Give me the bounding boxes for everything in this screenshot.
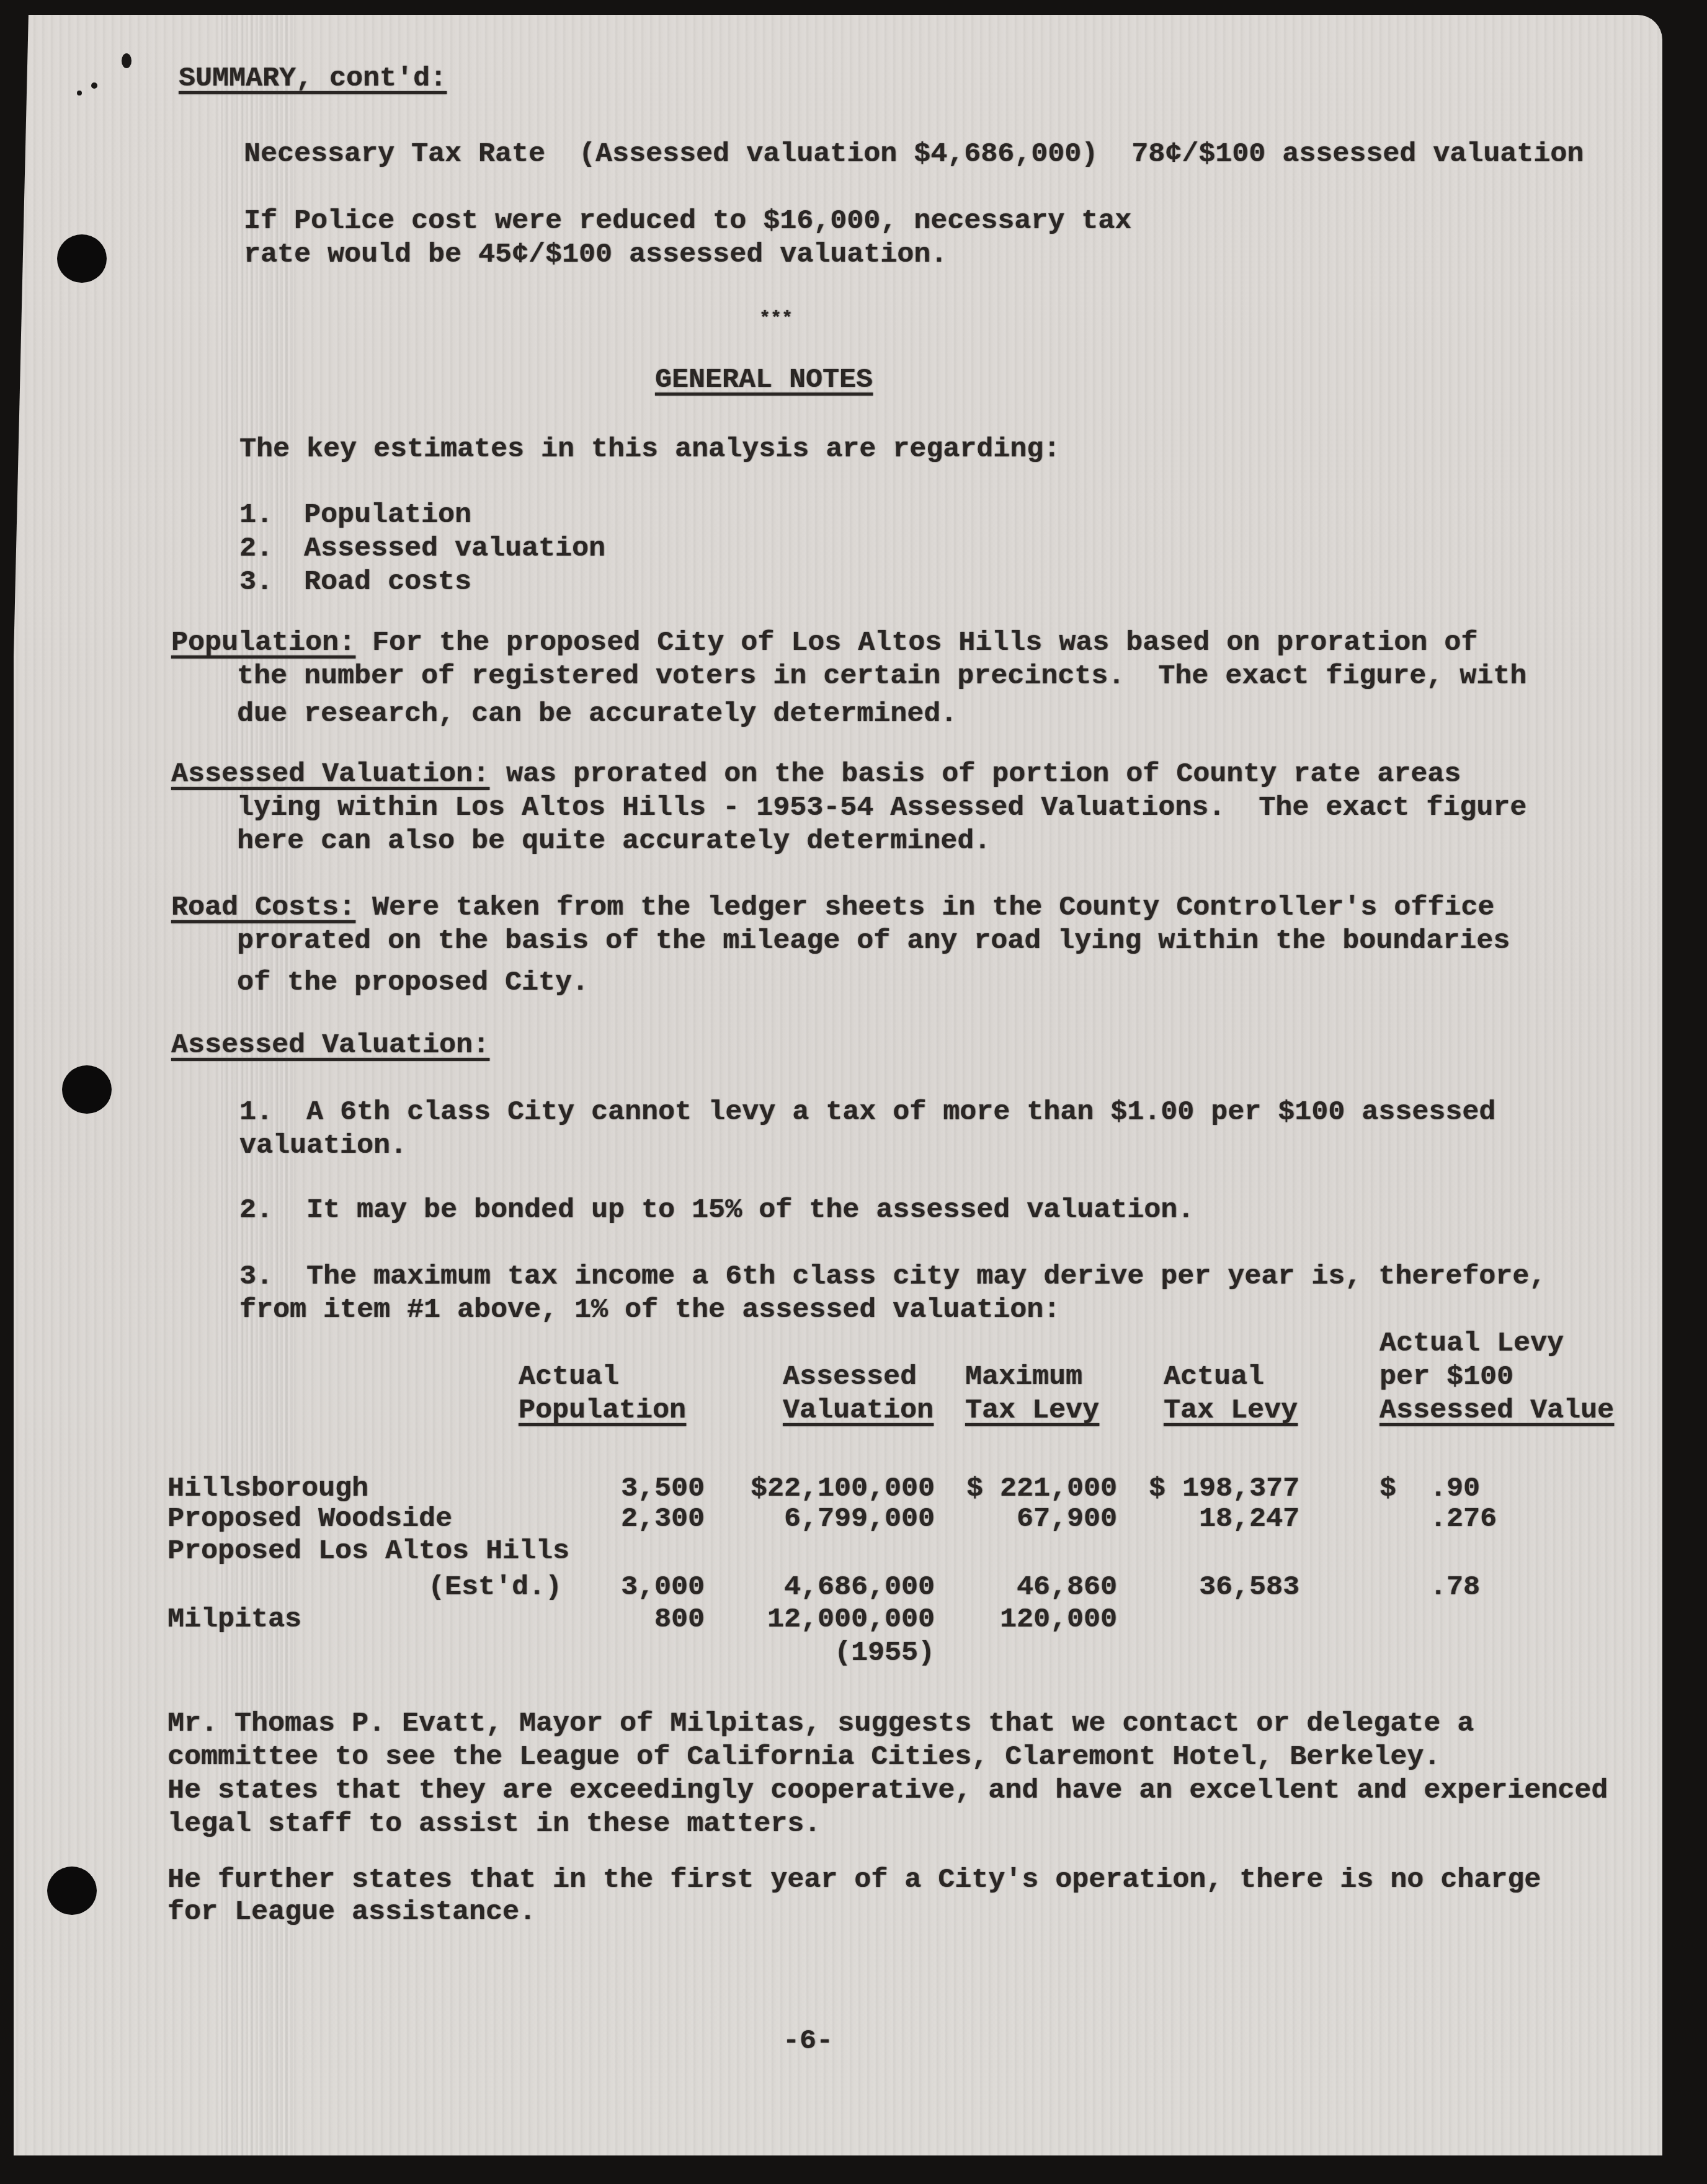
closing-para-2-line-2: for League assistance.: [167, 1896, 536, 1929]
closing-para-1-line-4: legal staff to assist in these matters.: [167, 1808, 821, 1841]
list-item-assessed-valuation: Assessed valuation: [304, 532, 605, 566]
rule-3-line-2: from item #1 above, 1% of the assessed v…: [239, 1294, 1060, 1327]
cell-max-levy: $ 221,000: [930, 1472, 1117, 1506]
cell-valuation: 6,799,000: [707, 1503, 935, 1536]
rule-3-line-1: 3. The maximum tax income a 6th class ci…: [239, 1260, 1546, 1294]
header-actual-levy-2: Tax Levy: [1164, 1394, 1298, 1427]
road-costs-label: Road Costs:: [171, 892, 355, 923]
cell-valuation: 4,686,000: [707, 1571, 935, 1604]
cell-population: 800: [519, 1603, 705, 1636]
key-estimates-intro: The key estimates in this analysis are r…: [239, 433, 1060, 466]
list-item-population: Population: [304, 499, 471, 532]
assessed-valuation-note-line-1: Assessed Valuation: was prorated on the …: [171, 758, 1461, 791]
ink-speck: [122, 53, 131, 68]
header-population-2: Population: [519, 1394, 686, 1427]
header-levy-rate-3: Assessed Value: [1379, 1394, 1614, 1427]
road-costs-text: Were taken from the ledger sheets in the…: [355, 892, 1494, 923]
cell-actual-levy: 18,247: [1116, 1503, 1299, 1536]
population-note-line-2: the number of registered voters in certa…: [237, 660, 1526, 693]
assessed-valuation-note-line-2: lying within Los Altos Hills - 1953-54 A…: [237, 791, 1526, 825]
population-text: For the proposed City of Los Altos Hills…: [355, 627, 1477, 659]
assessed-valuation-note-line-3: here can also be quite accurately determ…: [237, 825, 991, 858]
rule-1-line-2: valuation.: [239, 1129, 407, 1163]
rule-2: 2. It may be bonded up to 15% of the ass…: [239, 1194, 1194, 1227]
cell-valuation-note: (1955): [707, 1636, 935, 1670]
list-item-num: 3.: [239, 566, 273, 599]
cell-max-levy: 120,000: [930, 1603, 1117, 1636]
road-costs-note-line-2: prorated on the basis of the mileage of …: [237, 925, 1510, 958]
cell-levy-rate: $ .90: [1379, 1472, 1480, 1506]
population-note-line-3: due research, can be accurately determin…: [237, 698, 957, 731]
header-levy-rate-2: per $100: [1379, 1361, 1513, 1394]
cell-name: Milpitas: [167, 1603, 301, 1636]
closing-para-1-line-2: committee to see the League of Californi…: [167, 1741, 1440, 1774]
header-valuation-1: Assessed: [783, 1361, 917, 1394]
header-max-levy-1: Maximum: [965, 1361, 1082, 1394]
cell-population: 2,300: [519, 1503, 705, 1536]
rule-1-line-1: 1. A 6th class City cannot levy a tax of…: [239, 1096, 1495, 1129]
cell-actual-levy: 36,583: [1116, 1571, 1299, 1604]
population-label: Population:: [171, 627, 355, 659]
cell-population: 3,500: [519, 1472, 705, 1506]
list-item-road-costs: Road costs: [304, 566, 471, 599]
population-note-line-1: Population: For the proposed City of Los…: [171, 626, 1477, 660]
cell-max-levy: 46,860: [930, 1571, 1117, 1604]
ink-speck: [91, 82, 97, 89]
punch-hole-bottom: [47, 1867, 97, 1915]
road-costs-note-line-1: Road Costs: Were taken from the ledger s…: [171, 891, 1494, 925]
cell-valuation: 12,000,000: [707, 1603, 935, 1636]
cell-name: Proposed Woodside: [167, 1503, 452, 1536]
cell-population: 3,000: [519, 1571, 705, 1604]
list-item-num: 1.: [239, 499, 273, 532]
cell-levy-rate: .276: [1379, 1503, 1497, 1536]
assessed-valuation-heading: Assessed Valuation:: [171, 1029, 489, 1062]
cell-max-levy: 67,900: [930, 1503, 1117, 1536]
closing-para-2-line-1: He further states that in the first year…: [167, 1863, 1541, 1897]
police-cost-line-2: rate would be 45¢/$100 assessed valuatio…: [244, 238, 947, 272]
road-costs-note-line-3: of the proposed City.: [237, 966, 589, 1000]
necessary-tax-rate-line: Necessary Tax Rate (Assessed valuation $…: [244, 138, 1584, 171]
cell-valuation: $22,100,000: [707, 1472, 935, 1506]
punch-hole-middle: [62, 1065, 112, 1114]
header-actual-levy-1: Actual: [1164, 1361, 1264, 1394]
page-number: -6-: [783, 2025, 833, 2058]
section-separator: ***: [759, 303, 793, 336]
header-max-levy-2: Tax Levy: [965, 1394, 1099, 1427]
closing-para-1-line-3: He states that they are exceedingly coop…: [167, 1774, 1608, 1808]
punch-hole-top: [57, 234, 107, 283]
summary-heading: SUMMARY, cont'd:: [179, 62, 447, 95]
general-notes-heading: GENERAL NOTES: [655, 363, 873, 397]
header-population-1: Actual: [519, 1361, 612, 1394]
cell-actual-levy: $ 198,377: [1116, 1472, 1299, 1506]
closing-para-1-line-1: Mr. Thomas P. Evatt, Mayor of Milpitas, …: [167, 1707, 1474, 1741]
police-cost-line-1: If Police cost were reduced to $16,000, …: [244, 205, 1131, 238]
cell-levy-rate: .78: [1379, 1571, 1480, 1604]
ink-speck: [77, 91, 82, 95]
header-levy-rate-1: Actual Levy: [1379, 1327, 1564, 1361]
header-valuation-2: Valuation: [783, 1394, 934, 1427]
cell-name: Hillsborough: [167, 1472, 368, 1506]
assessed-valuation-text: was prorated on the basis of portion of …: [489, 758, 1461, 790]
assessed-valuation-label: Assessed Valuation:: [171, 758, 489, 790]
cell-name: Proposed Los Altos Hills: [167, 1535, 569, 1568]
list-item-num: 2.: [239, 532, 273, 566]
